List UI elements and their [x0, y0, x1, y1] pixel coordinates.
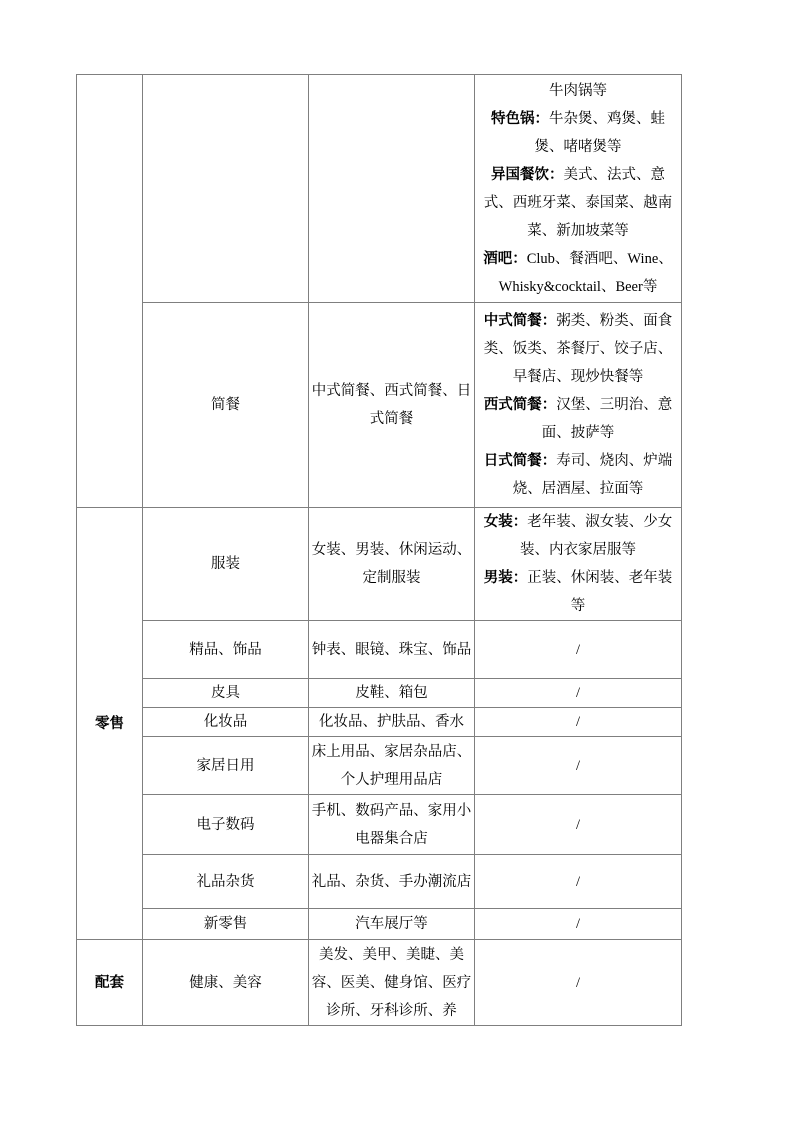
subcategory-cell: 新零售: [143, 909, 309, 940]
business-category-table: 牛肉锅等 特色锅：牛杂煲、鸡煲、蛙煲、啫啫煲等 异国餐饮：美式、法式、意式、西班…: [76, 74, 682, 1026]
formats-cell: 礼品、杂货、手办潮流店: [309, 855, 475, 909]
detail-cell: 女装：老年装、淑女装、少女装、内衣家居服等 男装：正装、休闲装、老年装等: [475, 508, 682, 621]
subcategory-cell: 礼品杂货: [143, 855, 309, 909]
detail-paragraph: 特色锅：牛杂煲、鸡煲、蛙煲、啫啫煲等: [477, 105, 679, 161]
formats-text: 中式简餐、西式简餐、日式简餐: [312, 383, 472, 427]
detail-paragraph: 西式简餐：汉堡、三明治、意面、披萨等: [477, 391, 679, 447]
category-cell-support: 配套: [77, 940, 143, 1026]
formats-cell: 钟表、眼镜、珠宝、饰品: [309, 621, 475, 679]
subcategory-cell: 家居日用: [143, 737, 309, 795]
detail-cell: /: [475, 737, 682, 795]
category-cell-dining-continued: [77, 75, 143, 508]
detail-cell: /: [475, 621, 682, 679]
table-row-leather: 皮具 皮鞋、箱包 /: [77, 679, 682, 708]
formats-text: 手机、数码产品、家用小电器集合店: [312, 803, 472, 847]
formats-cell: 汽车展厅等: [309, 909, 475, 940]
formats-cell: 化妆品、护肤品、香水: [309, 708, 475, 737]
detail-label: 酒吧：: [483, 251, 527, 267]
detail-paragraph: 男装：正装、休闲装、老年装等: [477, 564, 679, 620]
detail-cell: /: [475, 708, 682, 737]
formats-text: 汽车展厅等: [355, 916, 428, 932]
table-row-boutique: 精品、饰品 钟表、眼镜、珠宝、饰品 /: [77, 621, 682, 679]
subcategory-label: 皮具: [211, 685, 240, 701]
detail-cell: /: [475, 855, 682, 909]
slash-placeholder: /: [576, 758, 580, 774]
category-cell-retail: 零售: [77, 508, 143, 940]
subcategory-label: 健康、美容: [189, 975, 262, 991]
subcategory-cell: 化妆品: [143, 708, 309, 737]
formats-text: 美发、美甲、美睫、美容、医美、健身馆、医疗诊所、牙科诊所、养: [312, 947, 472, 1019]
detail-cell: 牛肉锅等 特色锅：牛杂煲、鸡煲、蛙煲、啫啫煲等 异国餐饮：美式、法式、意式、西班…: [475, 75, 682, 303]
table-row-new-retail: 新零售 汽车展厅等 /: [77, 909, 682, 940]
formats-text: 礼品、杂货、手办潮流店: [312, 874, 472, 890]
slash-placeholder: /: [576, 874, 580, 890]
detail-paragraph: 女装：老年装、淑女装、少女装、内衣家居服等: [477, 508, 679, 564]
subcategory-label: 简餐: [211, 397, 240, 413]
formats-text: 钟表、眼镜、珠宝、饰品: [312, 642, 472, 658]
formats-cell: 中式简餐、西式简餐、日式简餐: [309, 303, 475, 508]
subcategory-label: 礼品杂货: [197, 874, 255, 890]
detail-text: 汉堡、三明治、意面、披萨等: [542, 397, 673, 441]
slash-placeholder: /: [576, 642, 580, 658]
category-label: 配套: [95, 975, 124, 991]
detail-paragraph: 异国餐饮：美式、法式、意式、西班牙菜、泰国菜、越南菜、新加坡菜等: [477, 161, 679, 245]
subcategory-cell: 服装: [143, 508, 309, 621]
detail-label: 中式简餐：: [484, 313, 557, 329]
formats-cell-empty: [309, 75, 475, 303]
detail-cell: 中式简餐：粥类、粉类、面食类、饭类、茶餐厅、饺子店、早餐店、现炒快餐等 西式简餐…: [475, 303, 682, 508]
table-row-light-meals: 简餐 中式简餐、西式简餐、日式简餐 中式简餐：粥类、粉类、面食类、饭类、茶餐厅、…: [77, 303, 682, 508]
detail-label: 异国餐饮：: [491, 167, 564, 183]
detail-paragraph: 酒吧：Club、餐酒吧、Wine、Whisky&cocktail、Beer等: [477, 245, 679, 301]
subcategory-label: 新零售: [204, 916, 248, 932]
detail-cell: /: [475, 909, 682, 940]
formats-text: 化妆品、护肤品、香水: [319, 714, 464, 730]
subcategory-label: 服装: [211, 556, 240, 572]
subcategory-label: 精品、饰品: [189, 642, 262, 658]
slash-placeholder: /: [576, 916, 580, 932]
detail-text: 老年装、淑女装、少女装、内衣家居服等: [520, 514, 672, 558]
table-row-apparel: 零售 服装 女装、男装、休闲运动、定制服装 女装：老年装、淑女装、少女装、内衣家…: [77, 508, 682, 621]
detail-paragraph: 中式简餐：粥类、粉类、面食类、饭类、茶餐厅、饺子店、早餐店、现炒快餐等: [477, 307, 679, 391]
formats-cell: 手机、数码产品、家用小电器集合店: [309, 795, 475, 855]
detail-text: 正装、休闲装、老年装等: [527, 570, 672, 614]
subcategory-cell: 皮具: [143, 679, 309, 708]
table-row-household: 家居日用 床上用品、家居杂品店、个人护理用品店 /: [77, 737, 682, 795]
detail-paragraph: 日式简餐：寿司、烧肉、炉端烧、居酒屋、拉面等: [477, 447, 679, 503]
slash-placeholder: /: [576, 714, 580, 730]
subcategory-cell-empty: [143, 75, 309, 303]
table-row-health-beauty: 配套 健康、美容 美发、美甲、美睫、美容、医美、健身馆、医疗诊所、牙科诊所、养 …: [77, 940, 682, 1026]
subcategory-cell: 健康、美容: [143, 940, 309, 1026]
formats-text: 皮鞋、箱包: [355, 685, 428, 701]
table-row-electronics: 电子数码 手机、数码产品、家用小电器集合店 /: [77, 795, 682, 855]
detail-cell: /: [475, 679, 682, 708]
formats-cell: 床上用品、家居杂品店、个人护理用品店: [309, 737, 475, 795]
detail-paragraph: 牛肉锅等: [477, 77, 679, 105]
category-label: 零售: [95, 716, 124, 732]
table-row-cosmetics: 化妆品 化妆品、护肤品、香水 /: [77, 708, 682, 737]
slash-placeholder: /: [576, 685, 580, 701]
table-row-gifts: 礼品杂货 礼品、杂货、手办潮流店 /: [77, 855, 682, 909]
detail-text: 牛杂煲、鸡煲、蛙煲、啫啫煲等: [535, 111, 666, 155]
detail-label: 男装：: [484, 570, 528, 586]
formats-cell: 女装、男装、休闲运动、定制服装: [309, 508, 475, 621]
detail-label: 日式简餐：: [484, 453, 557, 469]
subcategory-label: 化妆品: [204, 714, 248, 730]
formats-text: 女装、男装、休闲运动、定制服装: [312, 542, 472, 586]
subcategory-cell: 简餐: [143, 303, 309, 508]
detail-cell: /: [475, 795, 682, 855]
slash-placeholder: /: [576, 817, 580, 833]
formats-cell: 美发、美甲、美睫、美容、医美、健身馆、医疗诊所、牙科诊所、养: [309, 940, 475, 1026]
document-page: 牛肉锅等 特色锅：牛杂煲、鸡煲、蛙煲、啫啫煲等 异国餐饮：美式、法式、意式、西班…: [0, 0, 794, 1122]
detail-label: 西式简餐：: [484, 397, 557, 413]
subcategory-cell: 精品、饰品: [143, 621, 309, 679]
table-row-dining-continued: 牛肉锅等 特色锅：牛杂煲、鸡煲、蛙煲、啫啫煲等 异国餐饮：美式、法式、意式、西班…: [77, 75, 682, 303]
detail-text: 牛肉锅等: [549, 83, 607, 99]
subcategory-cell: 电子数码: [143, 795, 309, 855]
formats-text: 床上用品、家居杂品店、个人护理用品店: [312, 744, 472, 788]
detail-label: 特色锅：: [491, 111, 549, 127]
detail-cell: /: [475, 940, 682, 1026]
subcategory-label: 家居日用: [197, 758, 255, 774]
detail-label: 女装：: [484, 514, 528, 530]
subcategory-label: 电子数码: [197, 817, 255, 833]
formats-cell: 皮鞋、箱包: [309, 679, 475, 708]
slash-placeholder: /: [576, 975, 580, 991]
